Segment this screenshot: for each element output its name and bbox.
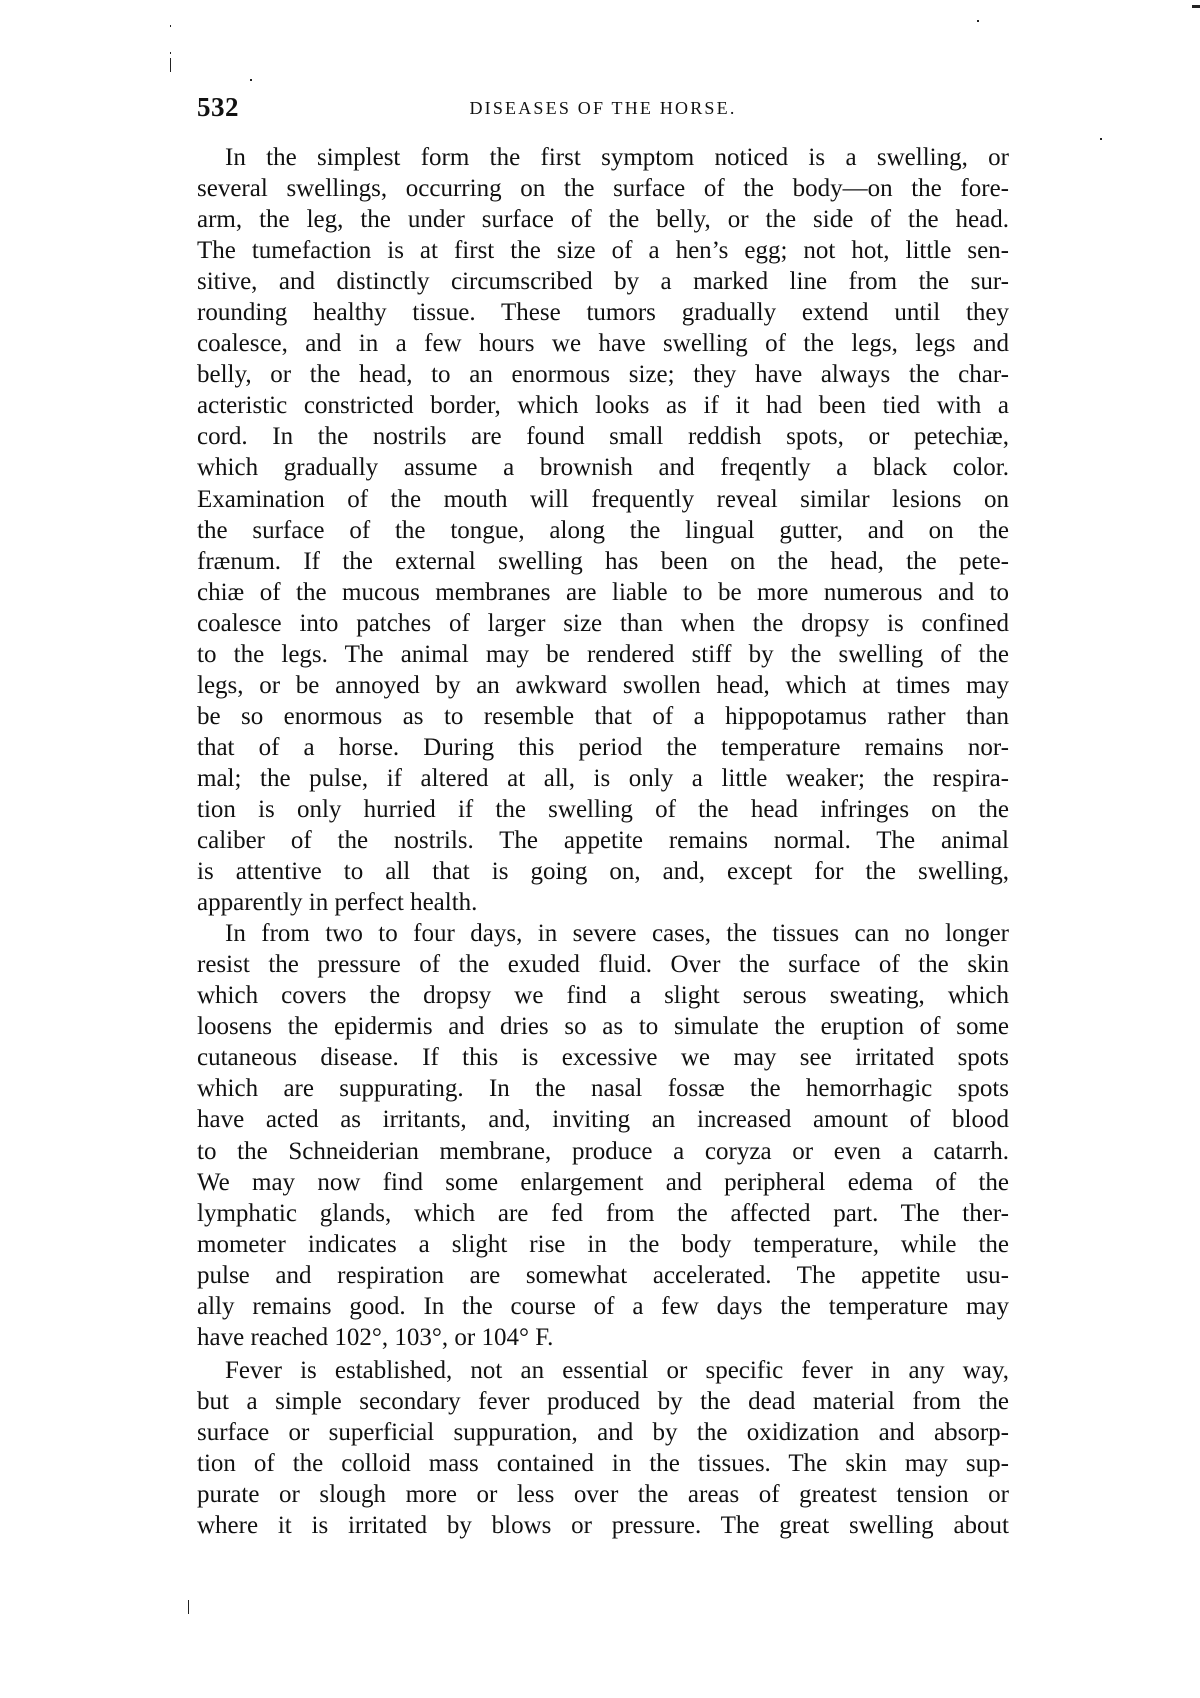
text-line: be so enormous as to resemble that of a …: [197, 701, 1009, 732]
text-line: caliber of the nostrils. The appetite re…: [197, 825, 1009, 856]
text-line: lymphatic glands, which are fed from the…: [197, 1198, 1009, 1229]
text-line: tion of the colloid mass contained in th…: [197, 1448, 1009, 1479]
text-line: coalesce, and in a few hours we have swe…: [197, 328, 1009, 359]
scan-speck: [1100, 138, 1102, 140]
text-line: pulse and respiration are somewhat accel…: [197, 1260, 1009, 1291]
scan-speck: [170, 52, 171, 54]
paragraph: In from two to four days, in severe case…: [197, 918, 1009, 1353]
text-line: have reached 102°, 103°, or 104° F.: [197, 1322, 1009, 1353]
scan-margin-mark: [170, 58, 171, 72]
scan-corner-mark: [1192, 5, 1200, 8]
text-line: loosens the epidermis and dries so as to…: [197, 1011, 1009, 1042]
text-line: In the simplest form the first symptom n…: [197, 142, 1009, 173]
text-line: which covers the dropsy we find a slight…: [197, 980, 1009, 1011]
text-line: chiæ of the mucous membranes are liable …: [197, 577, 1009, 608]
text-line: ally remains good. In the course of a fe…: [197, 1291, 1009, 1322]
text-line: have acted as irritants, and, inviting a…: [197, 1104, 1009, 1135]
text-line: resist the pressure of the exuded fluid.…: [197, 949, 1009, 980]
text-line: is attentive to all that is going on, an…: [197, 856, 1009, 887]
text-line: purate or slough more or less over the a…: [197, 1479, 1009, 1510]
text-line: In from two to four days, in severe case…: [197, 918, 1009, 949]
scan-margin-mark: [188, 1600, 189, 1614]
running-head: 532 DISEASES OF THE HORSE.: [197, 92, 1009, 128]
text-line: mometer indicates a slight rise in the b…: [197, 1229, 1009, 1260]
text-line: belly, or the head, to an enormous size;…: [197, 359, 1009, 390]
body-text: In the simplest form the first symptom n…: [197, 142, 1009, 1541]
text-line: cutaneous disease. If this is excessive …: [197, 1042, 1009, 1073]
text-line: surface or superficial suppuration, and …: [197, 1417, 1009, 1448]
text-line: the surface of the tongue, along the lin…: [197, 515, 1009, 546]
text-line: to the legs. The animal may be rendered …: [197, 639, 1009, 670]
scan-speck: [250, 79, 252, 81]
text-line: that of a horse. During this period the …: [197, 732, 1009, 763]
text-line: to the Schneiderian membrane, produce a …: [197, 1136, 1009, 1167]
book-page: 532 DISEASES OF THE HORSE. In the simple…: [0, 0, 1200, 1698]
text-line: mal; the pulse, if altered at all, is on…: [197, 763, 1009, 794]
text-line: rounding healthy tissue. These tumors gr…: [197, 297, 1009, 328]
paragraph: Fever is established, not an essential o…: [197, 1355, 1009, 1541]
text-line: coalesce into patches of larger size tha…: [197, 608, 1009, 639]
text-line: which are suppurating. In the nasal foss…: [197, 1073, 1009, 1104]
text-line: We may now find some enlargement and per…: [197, 1167, 1009, 1198]
scan-speck: [170, 25, 171, 27]
text-line: acteristic constricted border, which loo…: [197, 390, 1009, 421]
text-line: The tumefaction is at first the size of …: [197, 235, 1009, 266]
text-line: but a simple secondary fever produced by…: [197, 1386, 1009, 1417]
text-line: where it is irritated by blows or pressu…: [197, 1510, 1009, 1541]
text-line: several swellings, occurring on the surf…: [197, 173, 1009, 204]
running-title: DISEASES OF THE HORSE.: [197, 98, 1009, 119]
scan-speck: [977, 20, 979, 22]
text-line: arm, the leg, the under surface of the b…: [197, 204, 1009, 235]
text-line: Examination of the mouth will frequently…: [197, 484, 1009, 515]
text-line: sitive, and distinctly circumscribed by …: [197, 266, 1009, 297]
text-line: legs, or be annoyed by an awkward swolle…: [197, 670, 1009, 701]
text-line: frænum. If the external swelling has bee…: [197, 546, 1009, 577]
text-line: apparently in perfect health.: [197, 887, 1009, 918]
text-line: tion is only hurried if the swelling of …: [197, 794, 1009, 825]
paragraph: In the simplest form the first symptom n…: [197, 142, 1009, 918]
text-line: Fever is established, not an essential o…: [197, 1355, 1009, 1386]
text-line: which gradually assume a brownish and fr…: [197, 452, 1009, 483]
text-line: cord. In the nostrils are found small re…: [197, 421, 1009, 452]
